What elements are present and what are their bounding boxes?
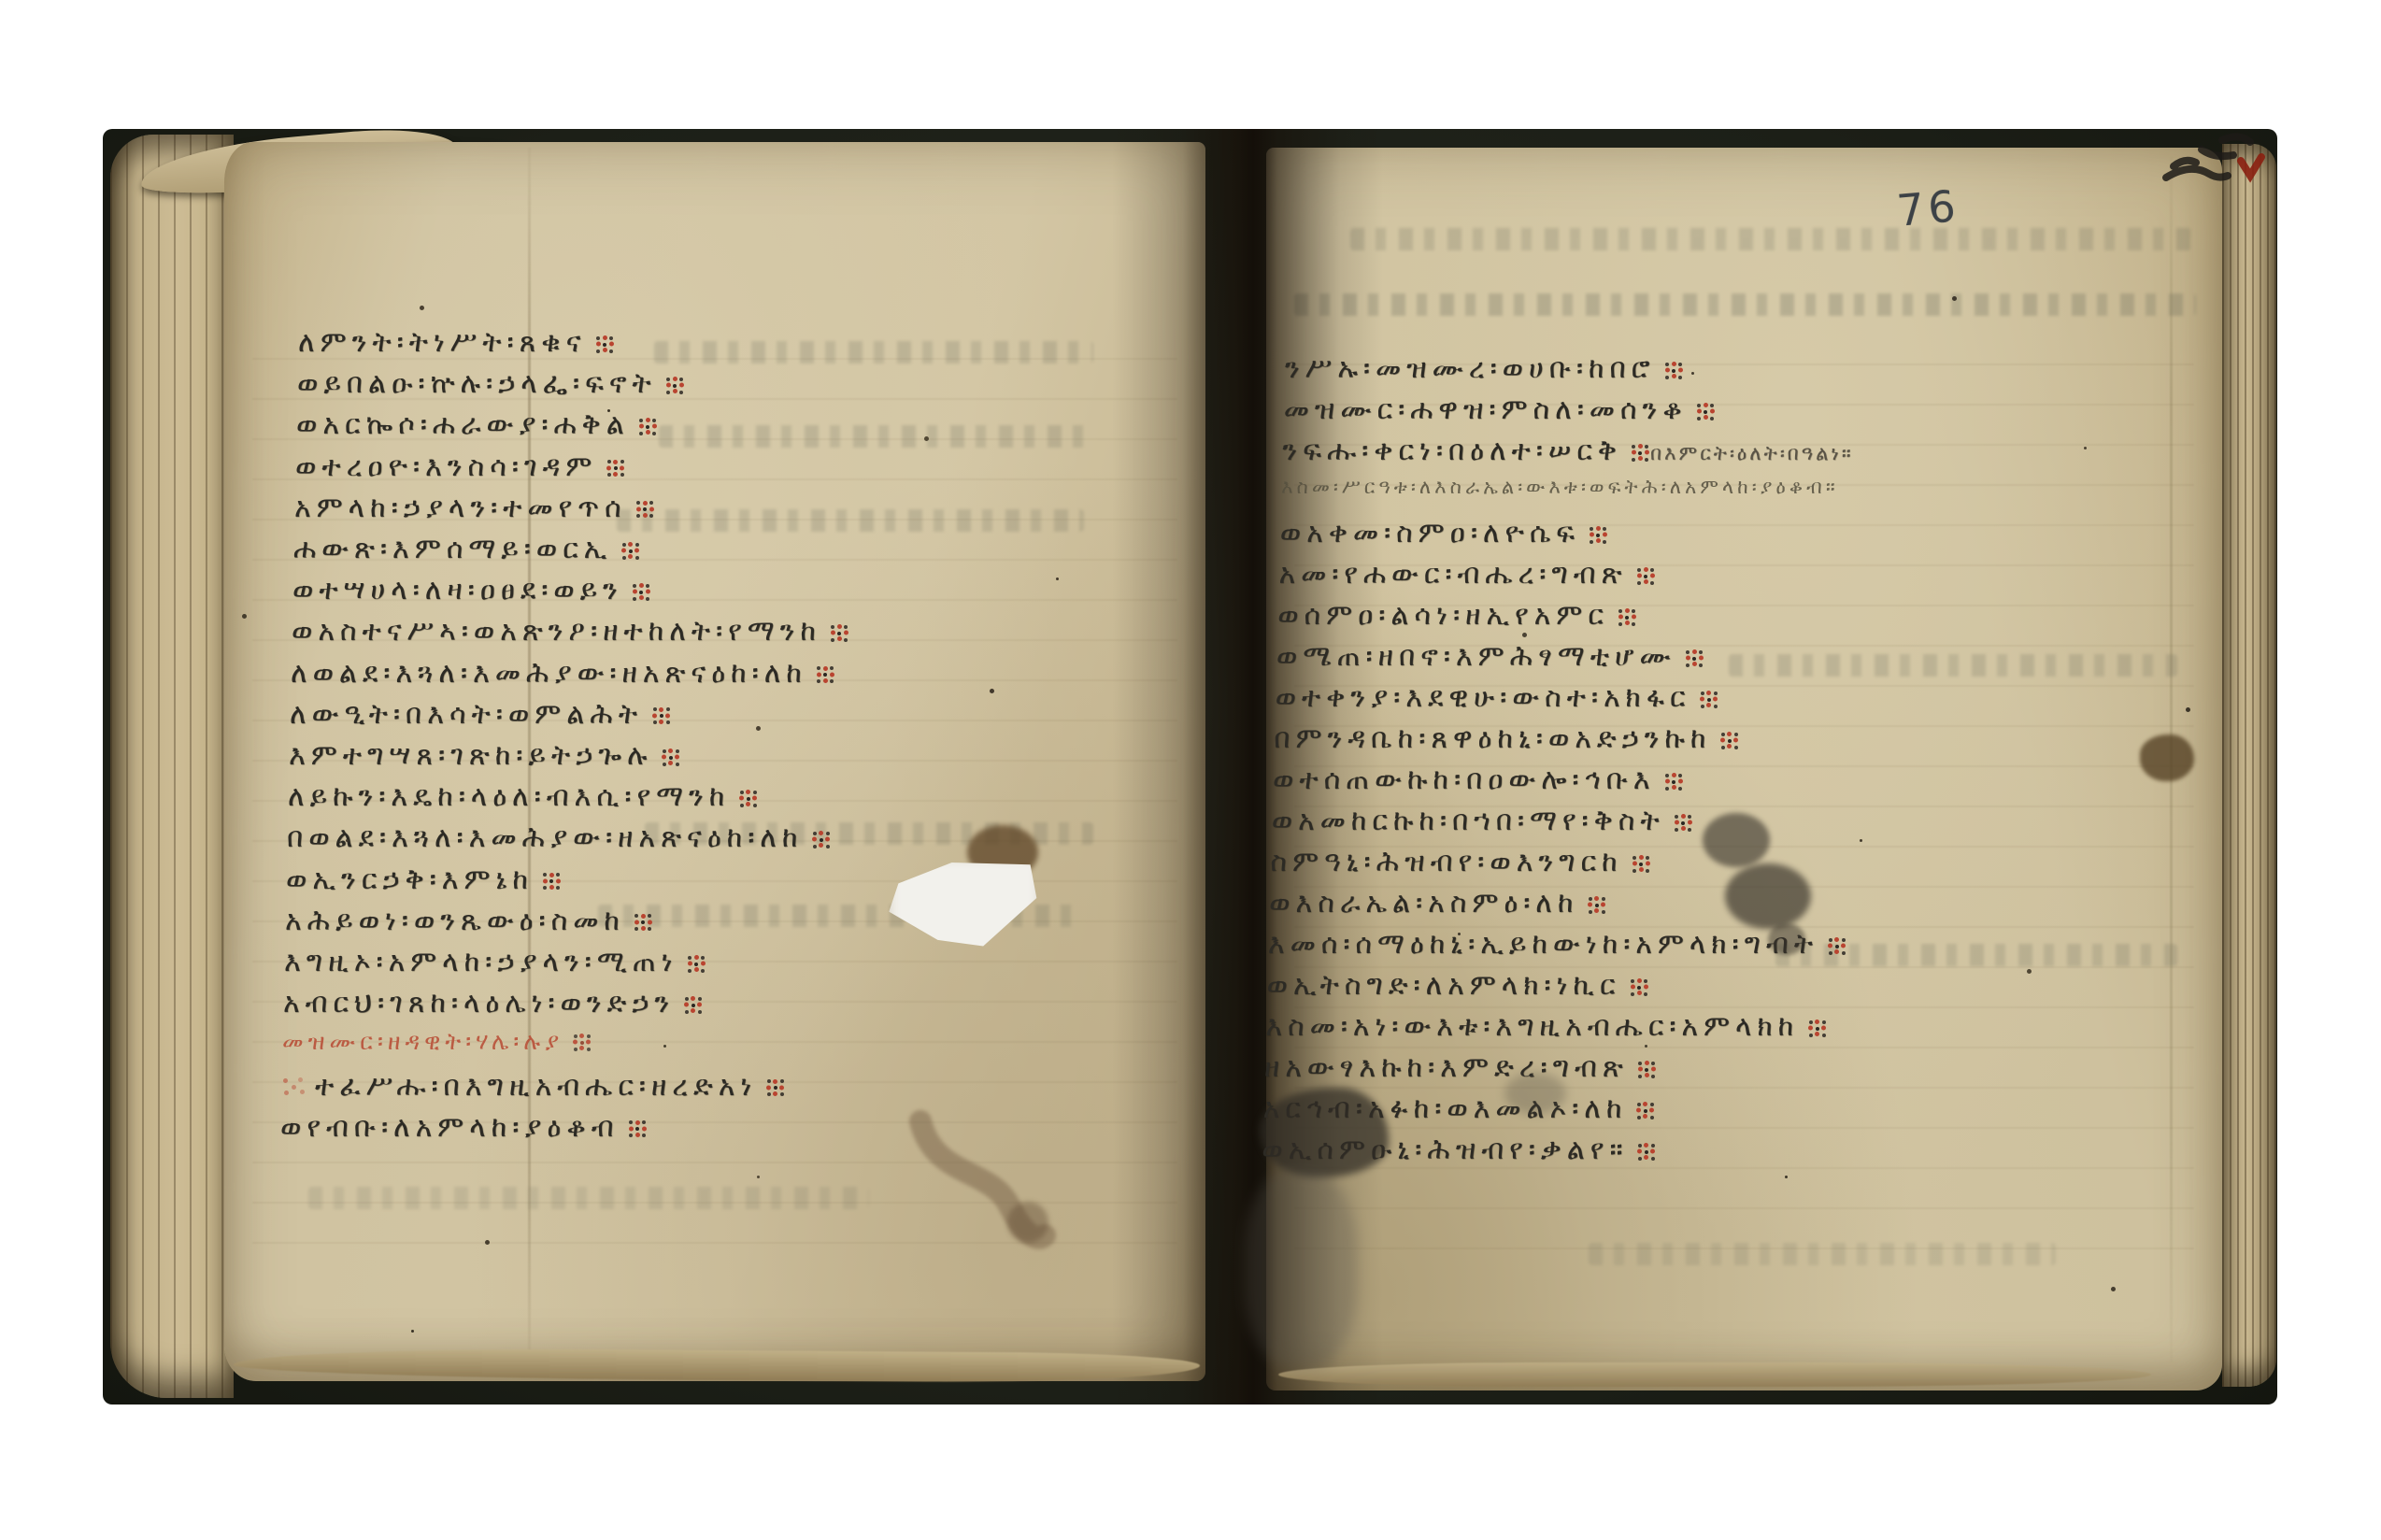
red-cross-separator-icon: [1638, 1062, 1655, 1078]
text-line: ወሜጠ፡ዘበኖ፡እምሕፃማቲሆሙ: [1276, 640, 1704, 673]
line-text: ወአመከርኩከ፡በኀበ፡ማየ፡ቅስት: [1272, 805, 1665, 837]
line-text: ስምዓኒ፡ሕዝብየ፡ወእንግርከ: [1270, 846, 1622, 878]
red-cross-separator-icon: [1700, 692, 1717, 708]
line-text: እመሰ፡ሰማዕከኒ፡ኢይከውነከ፡አምላክ፡ግብት: [1268, 928, 1818, 961]
ink-specks: [103, 129, 106, 132]
red-cross-separator-icon: [1590, 527, 1606, 544]
stain: [1768, 923, 1805, 955]
text-line: ወኢትስግድ፡ለአምላክ፡ነኪር: [1267, 969, 1649, 1002]
line-text: ወተሰጠውኩከ፡በዐውሎ፡ኅቡእ: [1273, 763, 1656, 796]
stain: [2140, 734, 2194, 781]
ink-scribble: [2112, 129, 2271, 232]
text-line: ንሥኡ፡መዝሙረ፡ወሀቡ፡ከበሮ: [1285, 352, 1684, 385]
line-text: በምንዳቤከ፡ጸዋዕከኒ፡ወአድኃንኩከ: [1274, 722, 1711, 755]
red-cross-separator-icon: [1665, 774, 1682, 791]
line-text: ንሥኡ፡መዝሙረ፡ወሀቡ፡ከበሮ: [1285, 352, 1656, 385]
stain: [1504, 1073, 1566, 1114]
line-text-gloss: በእምርት፡ዕለት፡በዓልነ።: [1650, 442, 1854, 464]
text-line: ወተሰጠውኩከ፡በዐውሎ፡ኅቡእ: [1273, 763, 1684, 796]
line-text: ወሜጠ፡ዘበኖ፡እምሕፃማቲሆሙ: [1276, 640, 1676, 673]
red-cross-separator-icon: [1637, 568, 1654, 585]
text-line: ንፍሑ፡ቀርነ፡በዕለተ፡ሠርቅበእምርት፡ዕለት፡በዓልነ።: [1282, 435, 1853, 467]
red-cross-separator-icon: [1632, 856, 1649, 873]
red-thread-mark: [2241, 157, 2261, 176]
text-line: ወአቀመ፡ስምዐ፡ለዮሴፍ: [1280, 517, 1608, 549]
red-cross-separator-icon: [1675, 815, 1691, 832]
red-cross-separator-icon: [1618, 609, 1635, 626]
red-cross-separator-icon: [1828, 938, 1845, 955]
red-cross-separator-icon: [1588, 897, 1604, 914]
red-cross-separator-icon: [1686, 650, 1703, 667]
text-line: በምንዳቤከ፡ጸዋዕከኒ፡ወአድኃንኩከ: [1274, 722, 1739, 755]
stain: [1725, 863, 1811, 929]
line-text: ወአቀመ፡ስምዐ፡ለዮሴፍ: [1280, 517, 1580, 549]
smudge-stroke: [878, 1082, 1084, 1278]
text-line: ወአመከርኩከ፡በኀበ፡ማየ፡ቅስት: [1272, 805, 1693, 837]
red-cross-separator-icon: [1636, 1103, 1653, 1119]
line-text: እስመ፡አነ፡ውእቱ፡እግዚአብሔር፡አምላክከ: [1265, 1010, 1799, 1043]
text-line: ዘአውፃእኩከ፡እምድረ፡ግብጽ: [1264, 1051, 1657, 1084]
page-number: 76: [1895, 180, 1961, 236]
red-cross-separator-icon: [1720, 733, 1737, 749]
line-text: ዘአውፃእኩከ፡እምድረ፡ግብጽ: [1264, 1051, 1629, 1084]
text-line: ስምዓኒ፡ሕዝብየ፡ወእንግርከ: [1270, 846, 1650, 878]
text-line: እስመ፡ሥርዓቱ፡ለእስራኤል፡ውእቱ፡ወፍትሕ፡ለአምላከ፡ያዕቆብ።: [1281, 476, 1839, 499]
text-line: ወሰምዐ፡ልሳነ፡ዘኢየአምር: [1277, 599, 1637, 632]
red-cross-separator-icon: [1665, 363, 1682, 379]
line-text: ንፍሑ፡ቀርነ፡በዕለተ፡ሠርቅ: [1282, 435, 1622, 467]
stain: [1703, 813, 1770, 867]
stain: [1245, 1171, 1357, 1367]
line-text: መዝሙር፡ሐዋዝ፡ምስለ፡መሰንቆ: [1284, 393, 1688, 426]
text-line: እስመ፡አነ፡ውእቱ፡እግዚአብሔር፡አምላክከ: [1265, 1010, 1827, 1043]
red-cross-separator-icon: [1697, 404, 1714, 421]
red-cross-separator-icon: [1637, 1144, 1654, 1161]
line-text: አመ፡የሐውር፡ብሔረ፡ግብጽ: [1279, 558, 1628, 591]
right-page-text: ንሥኡ፡መዝሙረ፡ወሀቡ፡ከበሮመዝሙር፡ሐዋዝ፡ምስለ፡መሰንቆንፍሑ፡ቀርነ…: [103, 129, 2277, 1405]
line-text: ወተቀንያ፡እደዊሁ፡ውስተ፡አክፋር: [1276, 681, 1691, 714]
manuscript-photo: ለምንት፡ትነሥት፡ጸቁናወይበልዑ፡ኵሉ፡ኃላፌ፡ፍኖትወአርኰሶ፡ሐራውያ፡…: [103, 129, 2277, 1405]
text-line: አመ፡የሐውር፡ብሔረ፡ግብጽ: [1279, 558, 1656, 591]
text-line: መዝሙር፡ሐዋዝ፡ምስለ፡መሰንቆ: [1284, 393, 1716, 426]
line-text: ወእስራኤል፡አስምዕ፡ለከ: [1269, 887, 1578, 920]
line-text: ወኢትስግድ፡ለአምላክ፡ነኪር: [1267, 969, 1621, 1002]
red-cross-separator-icon: [1808, 1020, 1825, 1037]
line-text: ወሰምዐ፡ልሳነ፡ዘኢየአምር: [1277, 599, 1609, 632]
text-line: ወእስራኤል፡አስምዕ፡ለከ: [1269, 887, 1606, 920]
text-line: ወተቀንያ፡እደዊሁ፡ውስተ፡አክፋር: [1276, 681, 1719, 714]
red-cross-separator-icon: [1632, 445, 1648, 462]
line-text: እስመ፡ሥርዓቱ፡ለእስራኤል፡ውእቱ፡ወፍትሕ፡ለአምላከ፡ያዕቆብ።: [1281, 476, 1839, 498]
red-cross-separator-icon: [1631, 979, 1647, 996]
text-line: እመሰ፡ሰማዕከኒ፡ኢይከውነከ፡አምላክ፡ግብት: [1268, 928, 1846, 961]
ink-smear: [1260, 1088, 1389, 1177]
